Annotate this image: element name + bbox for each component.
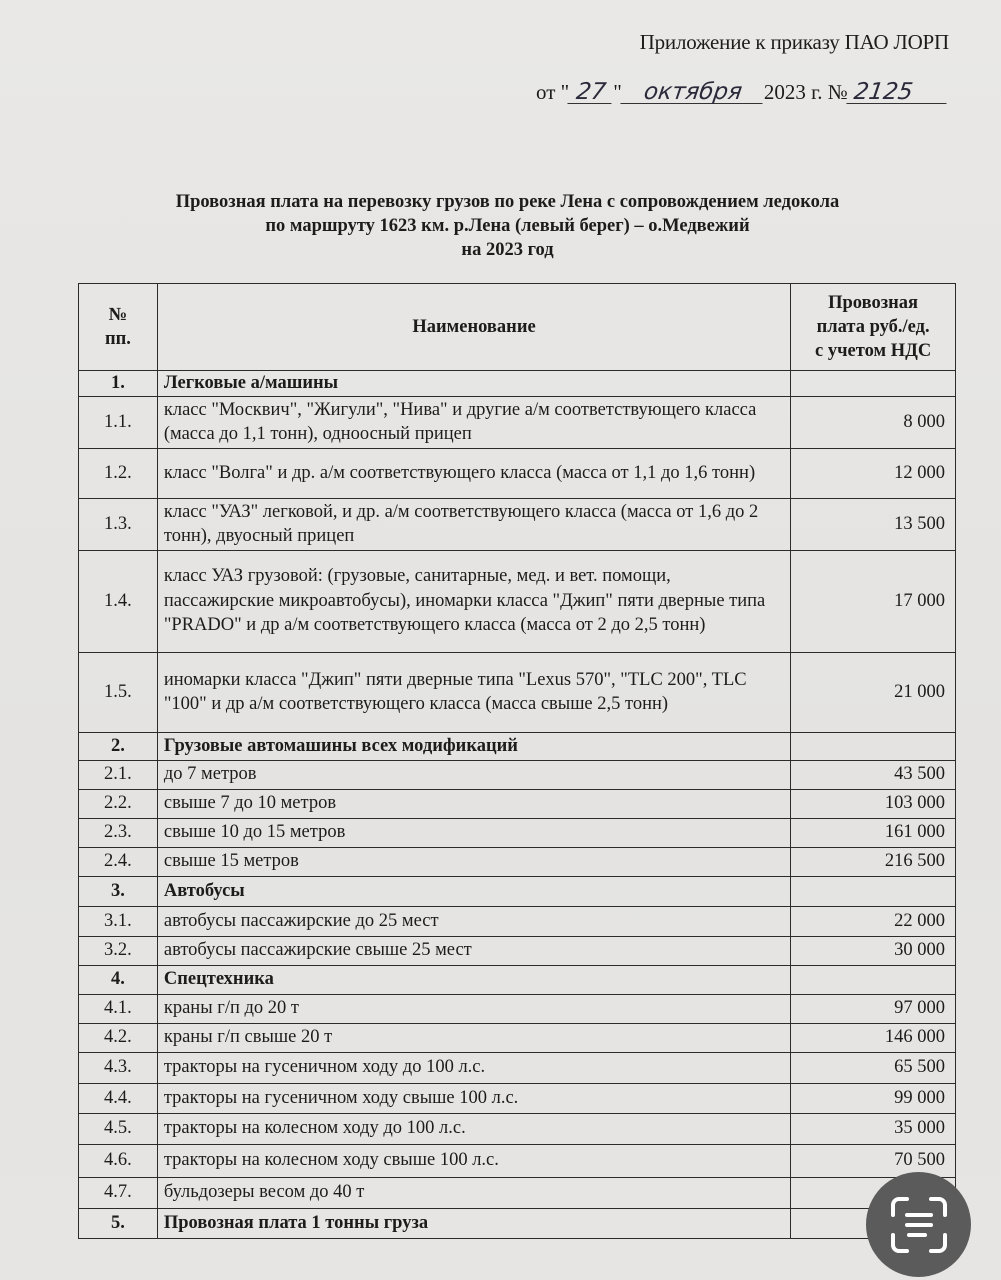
row-number: 1.1. [79, 396, 158, 448]
row-number: 4.3. [79, 1052, 158, 1083]
row-name: свыше 15 метров [157, 847, 790, 876]
table-row: 3.2.автобусы пассажирские свыше 25 мест3… [79, 936, 956, 965]
row-number: 4.1. [79, 994, 158, 1023]
order-prefix: от " [536, 80, 569, 104]
table-row: 1.1.класс "Москвич", "Жигули", "Нива" и … [79, 396, 956, 448]
row-name: Провозная плата 1 тонны груза [157, 1208, 790, 1238]
tariff-table: № пп. Наименование Провозная плата руб./… [78, 283, 956, 1239]
document-page: Приложение к приказу ПАО ЛОРП от "27"окт… [0, 0, 1001, 1280]
section-row: 2.Грузовые автомашины всех модификаций [79, 732, 956, 760]
row-number: 4. [79, 965, 158, 994]
row-name: Легковые а/машины [157, 371, 790, 397]
row-number: 3. [79, 876, 158, 906]
scan-text-icon [887, 1193, 951, 1257]
row-price: 161 000 [791, 818, 956, 847]
row-name: Автобусы [157, 876, 790, 906]
order-day: 27 [568, 81, 615, 104]
document-title: Провозная плата на перевозку грузов по р… [7, 190, 1001, 262]
row-price: 216 500 [791, 847, 956, 876]
table-row: 1.2.класс "Волга" и др. а/м соответствую… [79, 448, 956, 498]
order-year: 2023 г. № [764, 80, 848, 104]
row-number: 4.7. [79, 1177, 158, 1208]
row-name: до 7 метров [157, 760, 790, 789]
title-line-1: Провозная плата на перевозку грузов по р… [7, 190, 1001, 214]
section-row: 3.Автобусы [79, 876, 956, 906]
scan-text-button[interactable] [866, 1172, 971, 1277]
row-number: 4.2. [79, 1023, 158, 1052]
row-price: 97 000 [791, 994, 956, 1023]
row-name: краны г/п свыше 20 т [157, 1023, 790, 1052]
row-name: иномарки класса "Джип" пяти дверные типа… [157, 652, 790, 732]
row-price: 70 500 [791, 1144, 956, 1177]
table-row: 4.4.тракторы на гусеничном ходу свыше 10… [79, 1083, 956, 1113]
table-row: 3.1.автобусы пассажирские до 25 мест22 0… [79, 906, 956, 936]
section-row: 1.Легковые а/машины [79, 371, 956, 397]
row-number: 4.4. [79, 1083, 158, 1113]
row-number: 4.5. [79, 1113, 158, 1144]
row-price: 103 000 [791, 789, 956, 818]
row-price: 12 000 [791, 448, 956, 498]
order-number: 2125 [846, 81, 949, 104]
row-price: 30 000 [791, 936, 956, 965]
order-month: октября [620, 81, 765, 104]
row-number: 5. [79, 1208, 158, 1238]
row-price: 17 000 [791, 550, 956, 652]
row-number: 4.6. [79, 1144, 158, 1177]
row-number: 1.4. [79, 550, 158, 652]
row-price: 13 500 [791, 498, 956, 550]
table-header-row: № пп. Наименование Провозная плата руб./… [79, 284, 956, 371]
row-name: тракторы на гусеничном ходу свыше 100 л.… [157, 1083, 790, 1113]
title-line-3: на 2023 год [7, 238, 1001, 262]
row-price [791, 965, 956, 994]
row-price [791, 732, 956, 760]
row-name: класс "Москвич", "Жигули", "Нива" и друг… [157, 396, 790, 448]
row-name: класс "УАЗ" легковой, и др. а/м соответс… [157, 498, 790, 550]
row-price: 43 500 [791, 760, 956, 789]
row-number: 1.2. [79, 448, 158, 498]
row-name: класс "Волга" и др. а/м соответствующего… [157, 448, 790, 498]
section-row: 5.Провозная плата 1 тонны груза [79, 1208, 956, 1238]
table-row: 2.1.до 7 метров43 500 [79, 760, 956, 789]
table-row: 4.5.тракторы на колесном ходу до 100 л.с… [79, 1113, 956, 1144]
row-name: тракторы на гусеничном ходу до 100 л.с. [157, 1052, 790, 1083]
title-line-2: по маршруту 1623 км. р.Лена (левый берег… [7, 214, 1001, 238]
header-name: Наименование [157, 284, 790, 371]
row-name: бульдозеры весом до 40 т [157, 1177, 790, 1208]
row-name: Спецтехника [157, 965, 790, 994]
row-price [791, 371, 956, 397]
table-row: 4.3.тракторы на гусеничном ходу до 100 л… [79, 1052, 956, 1083]
row-number: 1. [79, 371, 158, 397]
row-number: 1.3. [79, 498, 158, 550]
section-row: 4.Спецтехника [79, 965, 956, 994]
row-name: краны г/п до 20 т [157, 994, 790, 1023]
row-number: 2.1. [79, 760, 158, 789]
row-name: тракторы на колесном ходу свыше 100 л.с. [157, 1144, 790, 1177]
row-name: тракторы на колесном ходу до 100 л.с. [157, 1113, 790, 1144]
row-price: 8 000 [791, 396, 956, 448]
table-row: 2.4.свыше 15 метров216 500 [79, 847, 956, 876]
row-number: 2.2. [79, 789, 158, 818]
row-price: 146 000 [791, 1023, 956, 1052]
table-row: 2.2.свыше 7 до 10 метров103 000 [79, 789, 956, 818]
header-price: Провозная плата руб./ед. с учетом НДС [791, 284, 956, 371]
appendix-label: Приложение к приказу ПАО ЛОРП [640, 30, 949, 55]
table-row: 1.4.класс УАЗ грузовой: (грузовые, санит… [79, 550, 956, 652]
row-price: 65 500 [791, 1052, 956, 1083]
table-row: 4.2.краны г/п свыше 20 т146 000 [79, 1023, 956, 1052]
row-name: свыше 7 до 10 метров [157, 789, 790, 818]
row-name: автобусы пассажирские до 25 мест [157, 906, 790, 936]
table-body: 1.Легковые а/машины1.1.класс "Москвич", … [79, 371, 956, 1239]
row-price: 21 000 [791, 652, 956, 732]
table-row: 2.3.свыше 10 до 15 метров161 000 [79, 818, 956, 847]
row-name: автобусы пассажирские свыше 25 мест [157, 936, 790, 965]
row-price [791, 876, 956, 906]
row-number: 2.4. [79, 847, 158, 876]
table-row: 4.6.тракторы на колесном ходу свыше 100 … [79, 1144, 956, 1177]
table-row: 4.7.бульдозеры весом до 40 т [79, 1177, 956, 1208]
row-number: 2.3. [79, 818, 158, 847]
table-row: 1.3.класс "УАЗ" легковой, и др. а/м соот… [79, 498, 956, 550]
row-name: Грузовые автомашины всех модификаций [157, 732, 790, 760]
row-number: 2. [79, 732, 158, 760]
table-row: 1.5.иномарки класса "Джип" пяти дверные … [79, 652, 956, 732]
row-name: класс УАЗ грузовой: (грузовые, санитарны… [157, 550, 790, 652]
row-price: 22 000 [791, 906, 956, 936]
table-row: 4.1.краны г/п до 20 т97 000 [79, 994, 956, 1023]
row-number: 3.1. [79, 906, 158, 936]
row-number: 3.2. [79, 936, 158, 965]
row-price: 99 000 [791, 1083, 956, 1113]
row-price: 35 000 [791, 1113, 956, 1144]
row-number: 1.5. [79, 652, 158, 732]
header-number: № пп. [79, 284, 158, 371]
row-name: свыше 10 до 15 метров [157, 818, 790, 847]
order-reference: от "27"октября2023 г. №2125 [536, 80, 948, 105]
